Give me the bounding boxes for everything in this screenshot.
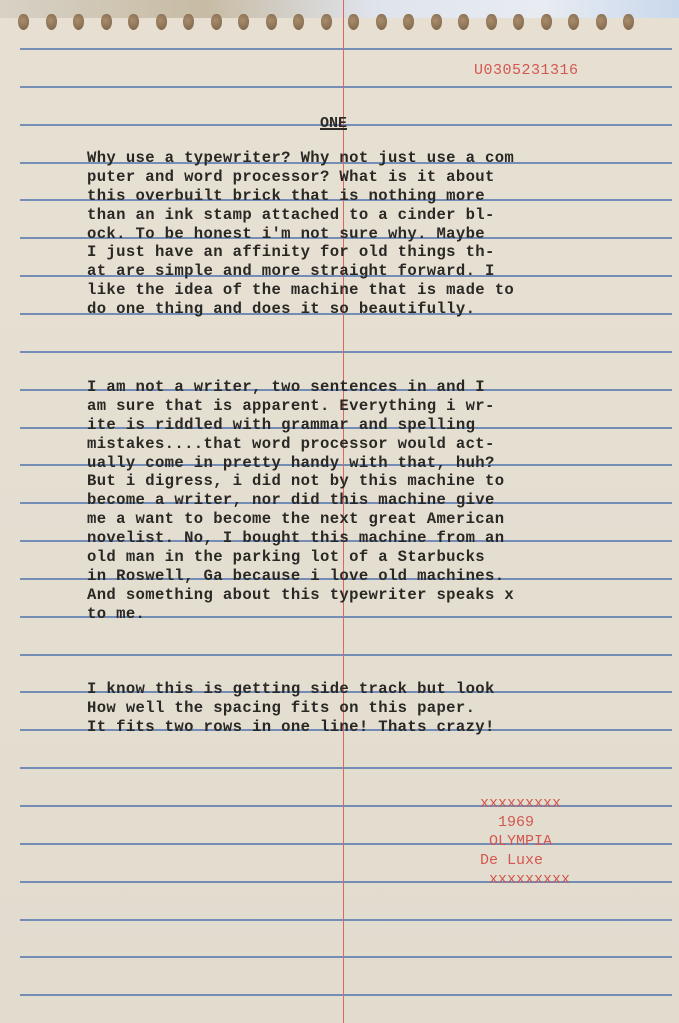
text-line: than an ink stamp attached to a cinder b… — [87, 206, 514, 225]
text-line: become a writer, nor did this machine gi… — [87, 491, 514, 510]
ruled-line — [20, 805, 672, 807]
text-line: old man in the parking lot of a Starbuck… — [87, 548, 514, 567]
ruled-line — [20, 86, 672, 88]
text-line: It fits two rows in one line! Thats craz… — [87, 718, 495, 737]
perforation-hole — [238, 14, 249, 30]
perforation-hole — [348, 14, 359, 30]
perforation-hole — [541, 14, 552, 30]
text-line: ock. To be honest i'm not sure why. Mayb… — [87, 225, 514, 244]
ruled-line — [20, 654, 672, 656]
perforation-hole — [73, 14, 84, 30]
text-line: me a want to become the next great Ameri… — [87, 510, 514, 529]
text-line: Why use a typewriter? Why not just use a… — [87, 149, 514, 168]
text-line: am sure that is apparent. Everything i w… — [87, 397, 514, 416]
serial-number: U0305231316 — [474, 62, 579, 79]
paragraph-3: I know this is getting side track but lo… — [87, 680, 495, 737]
perforation-hole — [211, 14, 222, 30]
notepad-page: U0305231316 ONE Why use a typewriter? Wh… — [0, 0, 679, 1023]
text-line: to me. — [87, 605, 514, 624]
perforation-hole — [293, 14, 304, 30]
perforation-hole — [183, 14, 194, 30]
perforation-hole — [101, 14, 112, 30]
perforation-hole — [321, 14, 332, 30]
perforation-hole — [431, 14, 442, 30]
perforation-hole — [403, 14, 414, 30]
paragraph-2: I am not a writer, two sentences in and … — [87, 378, 514, 624]
text-line: mistakes....that word processor would ac… — [87, 435, 514, 454]
perforation-hole — [486, 14, 497, 30]
text-line: How well the spacing fits on this paper. — [87, 699, 495, 718]
text-line: novelist. No, I bought this machine from… — [87, 529, 514, 548]
chapter-heading: ONE — [320, 115, 347, 132]
signature-line: De Luxe — [480, 851, 570, 870]
text-line: ually come in pretty handy with that, hu… — [87, 454, 514, 473]
perforation-hole — [376, 14, 387, 30]
text-line: And something about this typewriter spea… — [87, 586, 514, 605]
text-line: I am not a writer, two sentences in and … — [87, 378, 514, 397]
ruled-line — [20, 48, 672, 50]
ruled-line — [20, 843, 672, 845]
perforation-hole — [18, 14, 29, 30]
text-line: this overbuilt brick that is nothing mor… — [87, 187, 514, 206]
typewriter-signature: xxxxxxxxx 1969 OLYMPIADe Luxe xxxxxxxxx — [480, 794, 570, 889]
signature-line: xxxxxxxxx — [480, 794, 570, 813]
perforation-hole — [623, 14, 634, 30]
perforation-hole — [128, 14, 139, 30]
text-line: puter and word processor? What is it abo… — [87, 168, 514, 187]
ruled-line — [20, 956, 672, 958]
ruled-line — [20, 919, 672, 921]
perforation-hole — [458, 14, 469, 30]
ruled-line — [20, 767, 672, 769]
perforation-hole — [266, 14, 277, 30]
perforation-hole — [568, 14, 579, 30]
signature-line: OLYMPIA — [480, 832, 570, 851]
ruled-line — [20, 881, 672, 883]
perforation-hole — [513, 14, 524, 30]
ruled-line — [20, 351, 672, 353]
perforation-hole — [596, 14, 607, 30]
perforation-hole — [46, 14, 57, 30]
text-line: ite is riddled with grammar and spelling — [87, 416, 514, 435]
text-line: at are simple and more straight forward.… — [87, 262, 514, 281]
signature-line: 1969 — [480, 813, 570, 832]
perforation-hole — [156, 14, 167, 30]
ruled-line — [20, 994, 672, 996]
text-line: like the idea of the machine that is mad… — [87, 281, 514, 300]
text-line: But i digress, i did not by this machine… — [87, 472, 514, 491]
text-line: in Roswell, Ga because i love old machin… — [87, 567, 514, 586]
text-line: I know this is getting side track but lo… — [87, 680, 495, 699]
paragraph-1: Why use a typewriter? Why not just use a… — [87, 149, 514, 319]
signature-line: xxxxxxxxx — [480, 870, 570, 889]
text-line: I just have an affinity for old things t… — [87, 243, 514, 262]
text-line: do one thing and does it so beautifully. — [87, 300, 514, 319]
